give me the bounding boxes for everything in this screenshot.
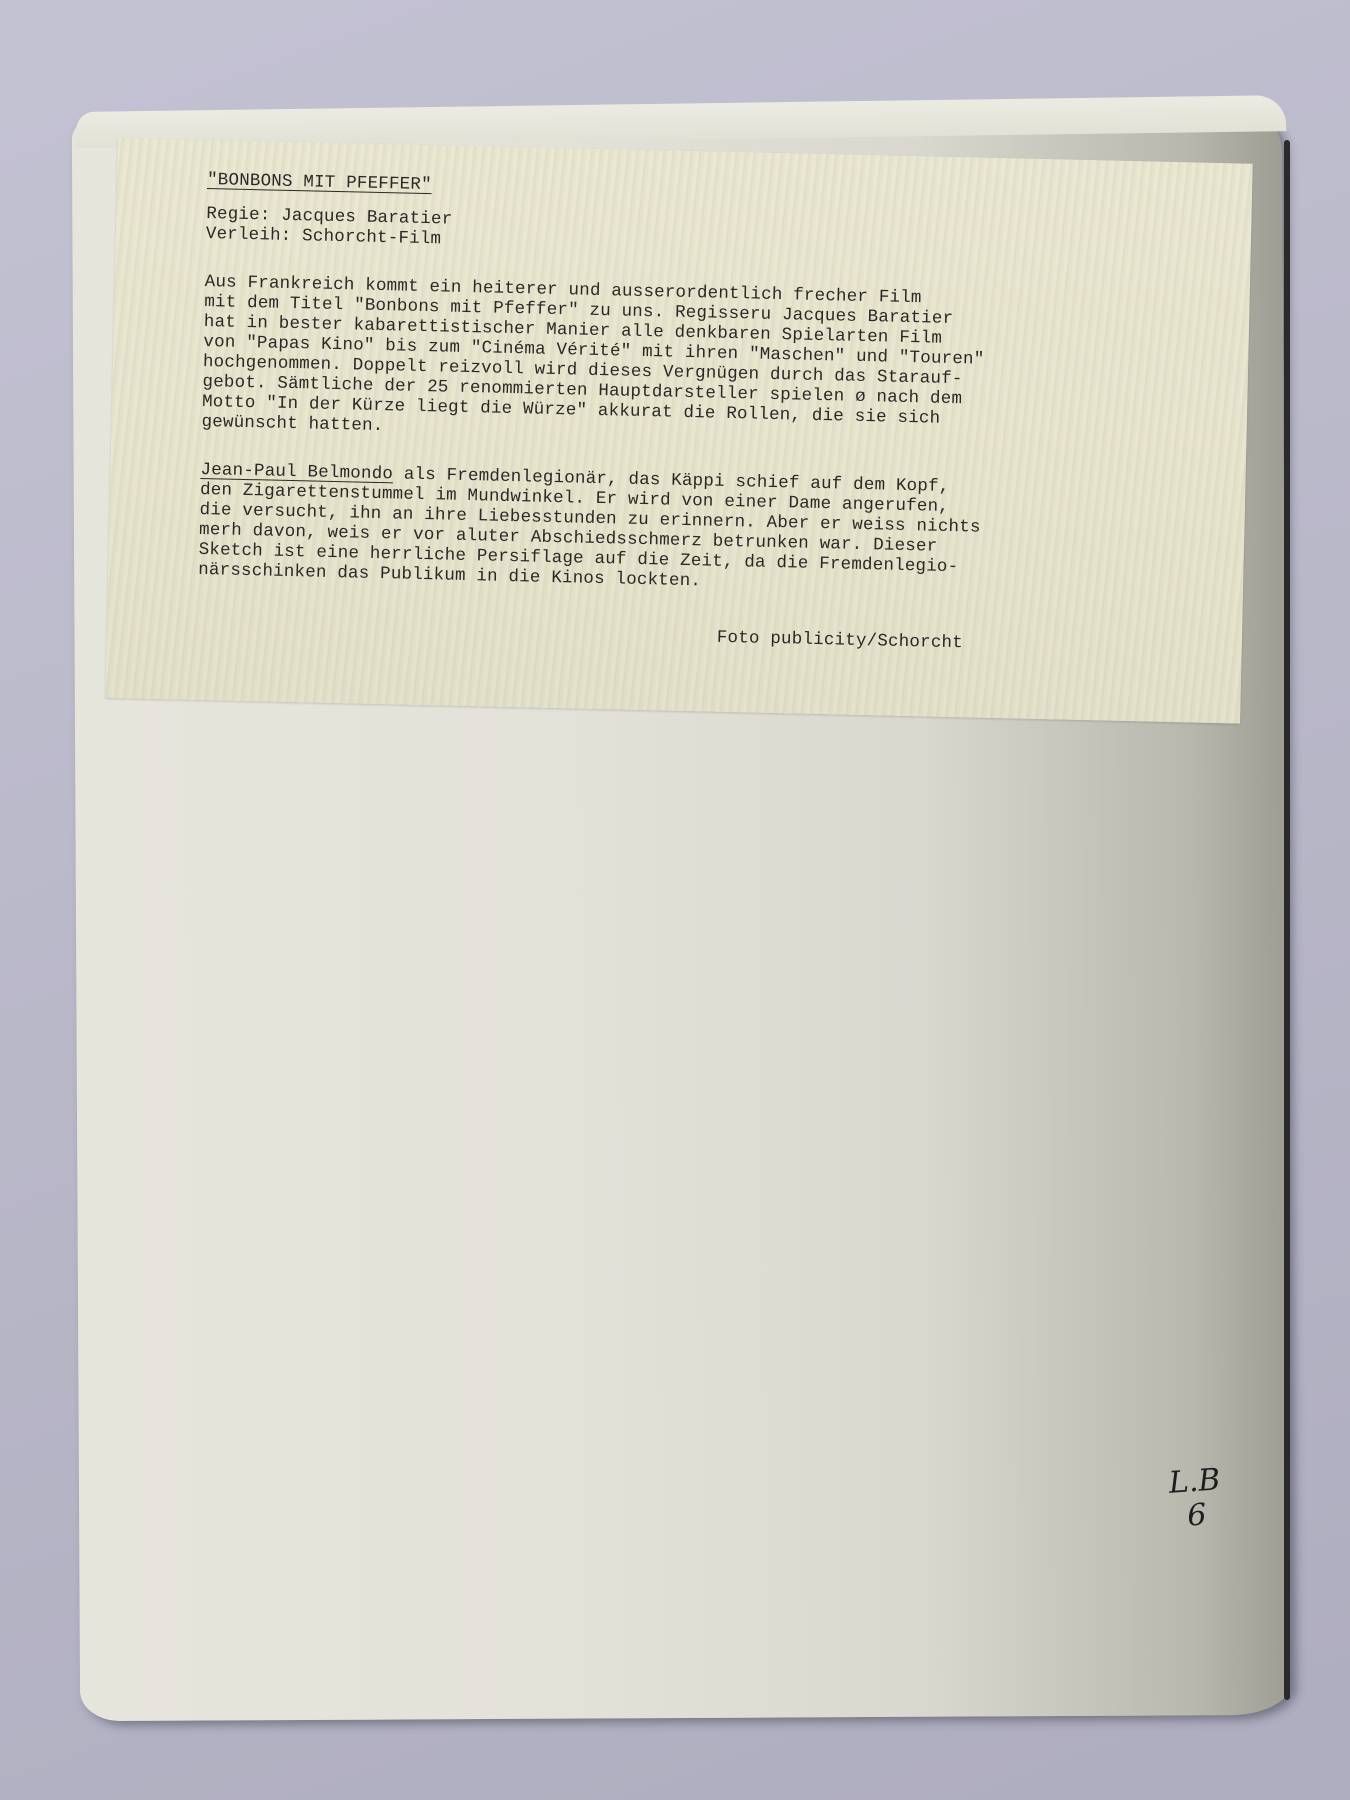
photo-credit: Foto publicity/Schorcht bbox=[717, 628, 1197, 659]
paragraph-belmondo: Jean-Paul Belmondo als Fremdenlegionär, … bbox=[198, 460, 1200, 603]
document-title: "BONBONS MIT PFEFFER" bbox=[207, 170, 432, 195]
slip-text: "BONBONS MIT PFEFFER" Regie: Jacques Bar… bbox=[197, 170, 1207, 659]
backing-sheet-edge bbox=[1284, 140, 1290, 1700]
handwritten-initials: L.B bbox=[1168, 1463, 1222, 1501]
typewritten-slip: "BONBONS MIT PFEFFER" Regie: Jacques Bar… bbox=[105, 138, 1252, 724]
handwritten-number: 6 bbox=[1170, 1497, 1224, 1535]
handwritten-note: L.B 6 bbox=[1168, 1463, 1224, 1534]
paragraph-intro: Aus Frankreich kommt ein heiterer und au… bbox=[201, 272, 1204, 455]
